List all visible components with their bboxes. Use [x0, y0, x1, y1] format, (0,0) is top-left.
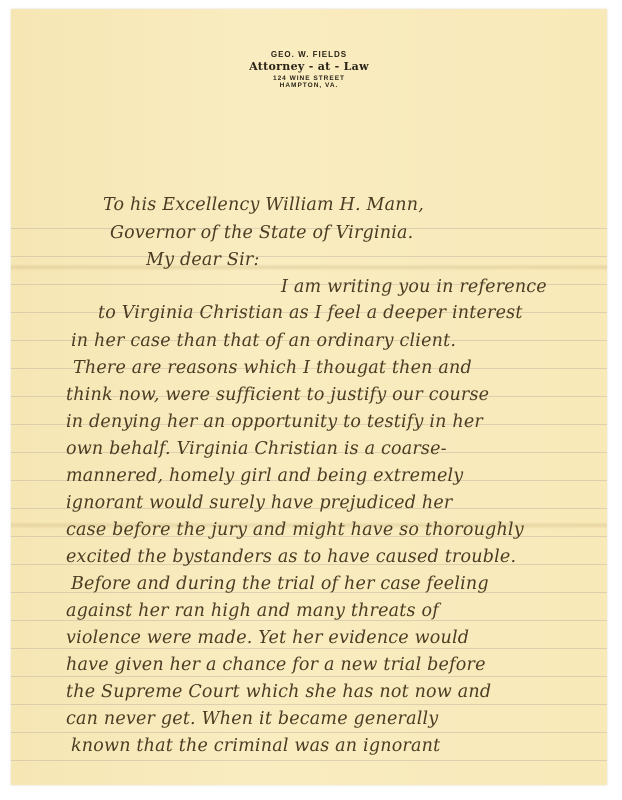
letterhead-name: GEO. W. FIELDS — [11, 50, 607, 59]
body-line: in her case than that of an ordinary cli… — [71, 331, 456, 351]
body-line: There are reasons which I thougat then a… — [73, 358, 472, 378]
addressee-title-line: Governor of the State of Virginia. — [110, 223, 413, 243]
body-line: Before and during the trial of her case … — [71, 574, 489, 594]
body-line: in denying her an opportunity to testify… — [66, 412, 483, 432]
letterhead-title: Attorney - at - Law — [11, 60, 607, 73]
letter-page: GEO. W. FIELDS Attorney - at - Law 124 W… — [11, 9, 607, 785]
letterhead-city: HAMPTON, VA. — [11, 82, 607, 89]
body-line: to Virginia Christian as I feel a deeper… — [98, 303, 523, 323]
body-line: own behalf. Virginia Christian is a coar… — [66, 439, 447, 459]
body-line: can never get. When it became generally — [66, 709, 438, 729]
salutation: My dear Sir: — [146, 250, 260, 270]
body-line: I am writing you in reference — [281, 277, 547, 297]
body-line: mannered, homely girl and being extremel… — [66, 466, 463, 486]
body-line: excited the bystanders as to have caused… — [66, 547, 516, 567]
body-line: against her ran high and many threats of — [66, 601, 439, 621]
body-line: ignorant would surely have prejudiced he… — [66, 493, 452, 513]
body-line: the Supreme Court which she has not now … — [66, 682, 491, 702]
body-line: known that the criminal was an ignorant — [71, 736, 440, 756]
body-line: think now, were sufficient to justify ou… — [66, 385, 489, 405]
body-line: violence were made. Yet her evidence wou… — [66, 628, 469, 648]
body-line: case before the jury and might have so t… — [66, 520, 524, 540]
letterhead-street: 124 WINE STREET — [11, 75, 607, 82]
body-line: have given her a chance for a new trial … — [66, 655, 486, 675]
addressee-line: To his Excellency William H. Mann, — [103, 195, 424, 215]
letterhead: GEO. W. FIELDS Attorney - at - Law 124 W… — [11, 50, 607, 89]
